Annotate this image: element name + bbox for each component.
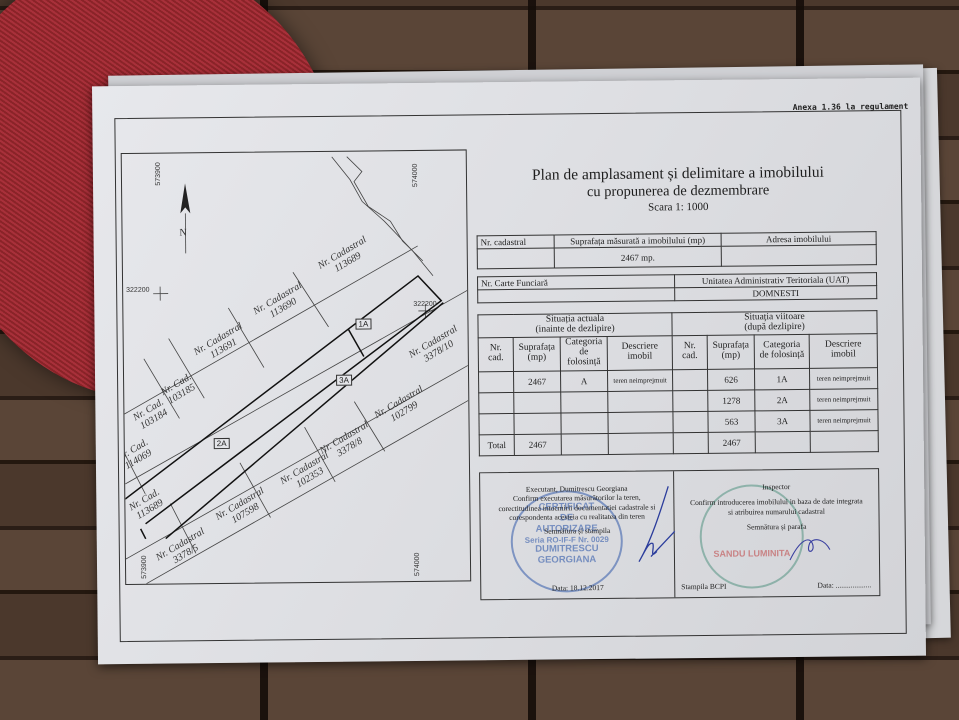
plan-info-panel: Plan de amplasament și delimitare a imob… — [473, 145, 887, 579]
lot-3a-label: 3A — [336, 375, 352, 386]
current-situation-header: Situația actuala(inainte de dezlipire) — [478, 313, 672, 338]
cell — [673, 390, 708, 411]
total-row: Total 2467 2467 — [479, 431, 878, 456]
cell — [561, 412, 608, 433]
col-categoria: Categoria de folosință — [754, 334, 809, 369]
col-nr-cad: Nr. cad. — [478, 337, 513, 371]
cell: teren neimprejmuit — [809, 368, 877, 390]
col-descriere: Descriere imobil — [607, 336, 672, 371]
property-info-table: Nr. cadastral Suprafața măsurată a imobi… — [477, 231, 877, 269]
cell — [672, 369, 707, 390]
cell — [514, 392, 561, 413]
cell: 1278 — [708, 390, 755, 411]
cell — [561, 391, 608, 412]
cell: 2A — [755, 389, 810, 411]
inspector-block: SANDU LUMINITA Inspector Confirm introdu… — [674, 469, 879, 597]
cell: 3A — [755, 410, 810, 432]
land-registry-table: Nr. Carte Funciară Unitatea Administrati… — [477, 272, 877, 303]
total-label: Total — [479, 434, 514, 455]
lot-2a-label: 2A — [214, 438, 230, 449]
suprafata-value: 2467 mp. — [554, 246, 721, 268]
coord-bottom-right: 574000 — [414, 553, 421, 576]
current-total: 2467 — [514, 434, 561, 455]
cell — [514, 413, 561, 434]
inspector-signature-label: Semnătura și parafa — [675, 521, 879, 533]
adresa-value — [721, 245, 876, 267]
cell — [673, 411, 708, 432]
cell: 563 — [708, 411, 755, 432]
cadastral-plan-sheet: Anexa 1.36 la regulament — [92, 78, 926, 665]
coord-left-x: 322200 — [126, 287, 149, 294]
north-arrow-icon — [180, 183, 191, 253]
coord-bottom-left: 573900 — [141, 555, 148, 578]
cell — [608, 391, 673, 413]
cell: teren neimprejmuit — [607, 370, 672, 392]
coord-right-x: 322200 — [413, 301, 436, 308]
cell — [608, 412, 673, 434]
cell: 2467 — [514, 371, 561, 392]
future-total: 2467 — [708, 432, 755, 453]
situation-table: Situația actuala(inainte de dezlipire) S… — [477, 310, 878, 456]
future-situation-header: Situația viitoare(după dezlipire) — [672, 311, 877, 336]
col-categoria: Categoria de folosință — [560, 336, 607, 370]
col-nr-cad: Nr. cad. — [672, 335, 707, 369]
coord-top-left: 573900 — [155, 162, 162, 185]
inspector-confirm: si atribuirea numarului cadastral — [674, 506, 878, 518]
cell: 1A — [754, 368, 809, 390]
cell — [479, 413, 514, 434]
cell: A — [561, 370, 608, 391]
signature-section: CERTIFICAT DE AUTORIZARE Seria RO-IF-F N… — [479, 468, 880, 600]
inspector-date: Data: ................... — [817, 580, 871, 590]
cell: teren neimprejmuit — [810, 389, 878, 411]
executant-date: Data: 18.12.2017 — [481, 582, 674, 593]
uat-value: DOMNESTI — [675, 286, 877, 301]
inspector-signature — [785, 535, 835, 566]
col-suprafata: Suprafața (mp) — [513, 337, 560, 371]
lot-1a-label: 1A — [355, 318, 371, 329]
col-suprafata: Suprafața (mp) — [707, 335, 754, 369]
north-label: N — [179, 227, 186, 238]
inspector-title: Inspector — [674, 481, 878, 493]
cell: 626 — [707, 369, 754, 390]
cell: teren neimprejmuit — [810, 410, 878, 432]
site-plan-map: N 573900 574000 322200 322200 573900 574… — [121, 149, 472, 585]
coord-top-right: 574000 — [412, 164, 419, 187]
cell — [479, 371, 514, 392]
nr-cadastral-value — [477, 248, 554, 269]
header-nr-cadastral: Nr. cadastral — [477, 235, 554, 249]
bcpi-stamp-label: Stampila BCPI — [681, 581, 726, 591]
carte-funciara-value — [478, 288, 675, 303]
col-descriere: Descriere imobil — [809, 334, 877, 369]
executant-block: CERTIFICAT DE AUTORIZARE Seria RO-IF-F N… — [480, 471, 675, 599]
cell — [479, 392, 514, 413]
